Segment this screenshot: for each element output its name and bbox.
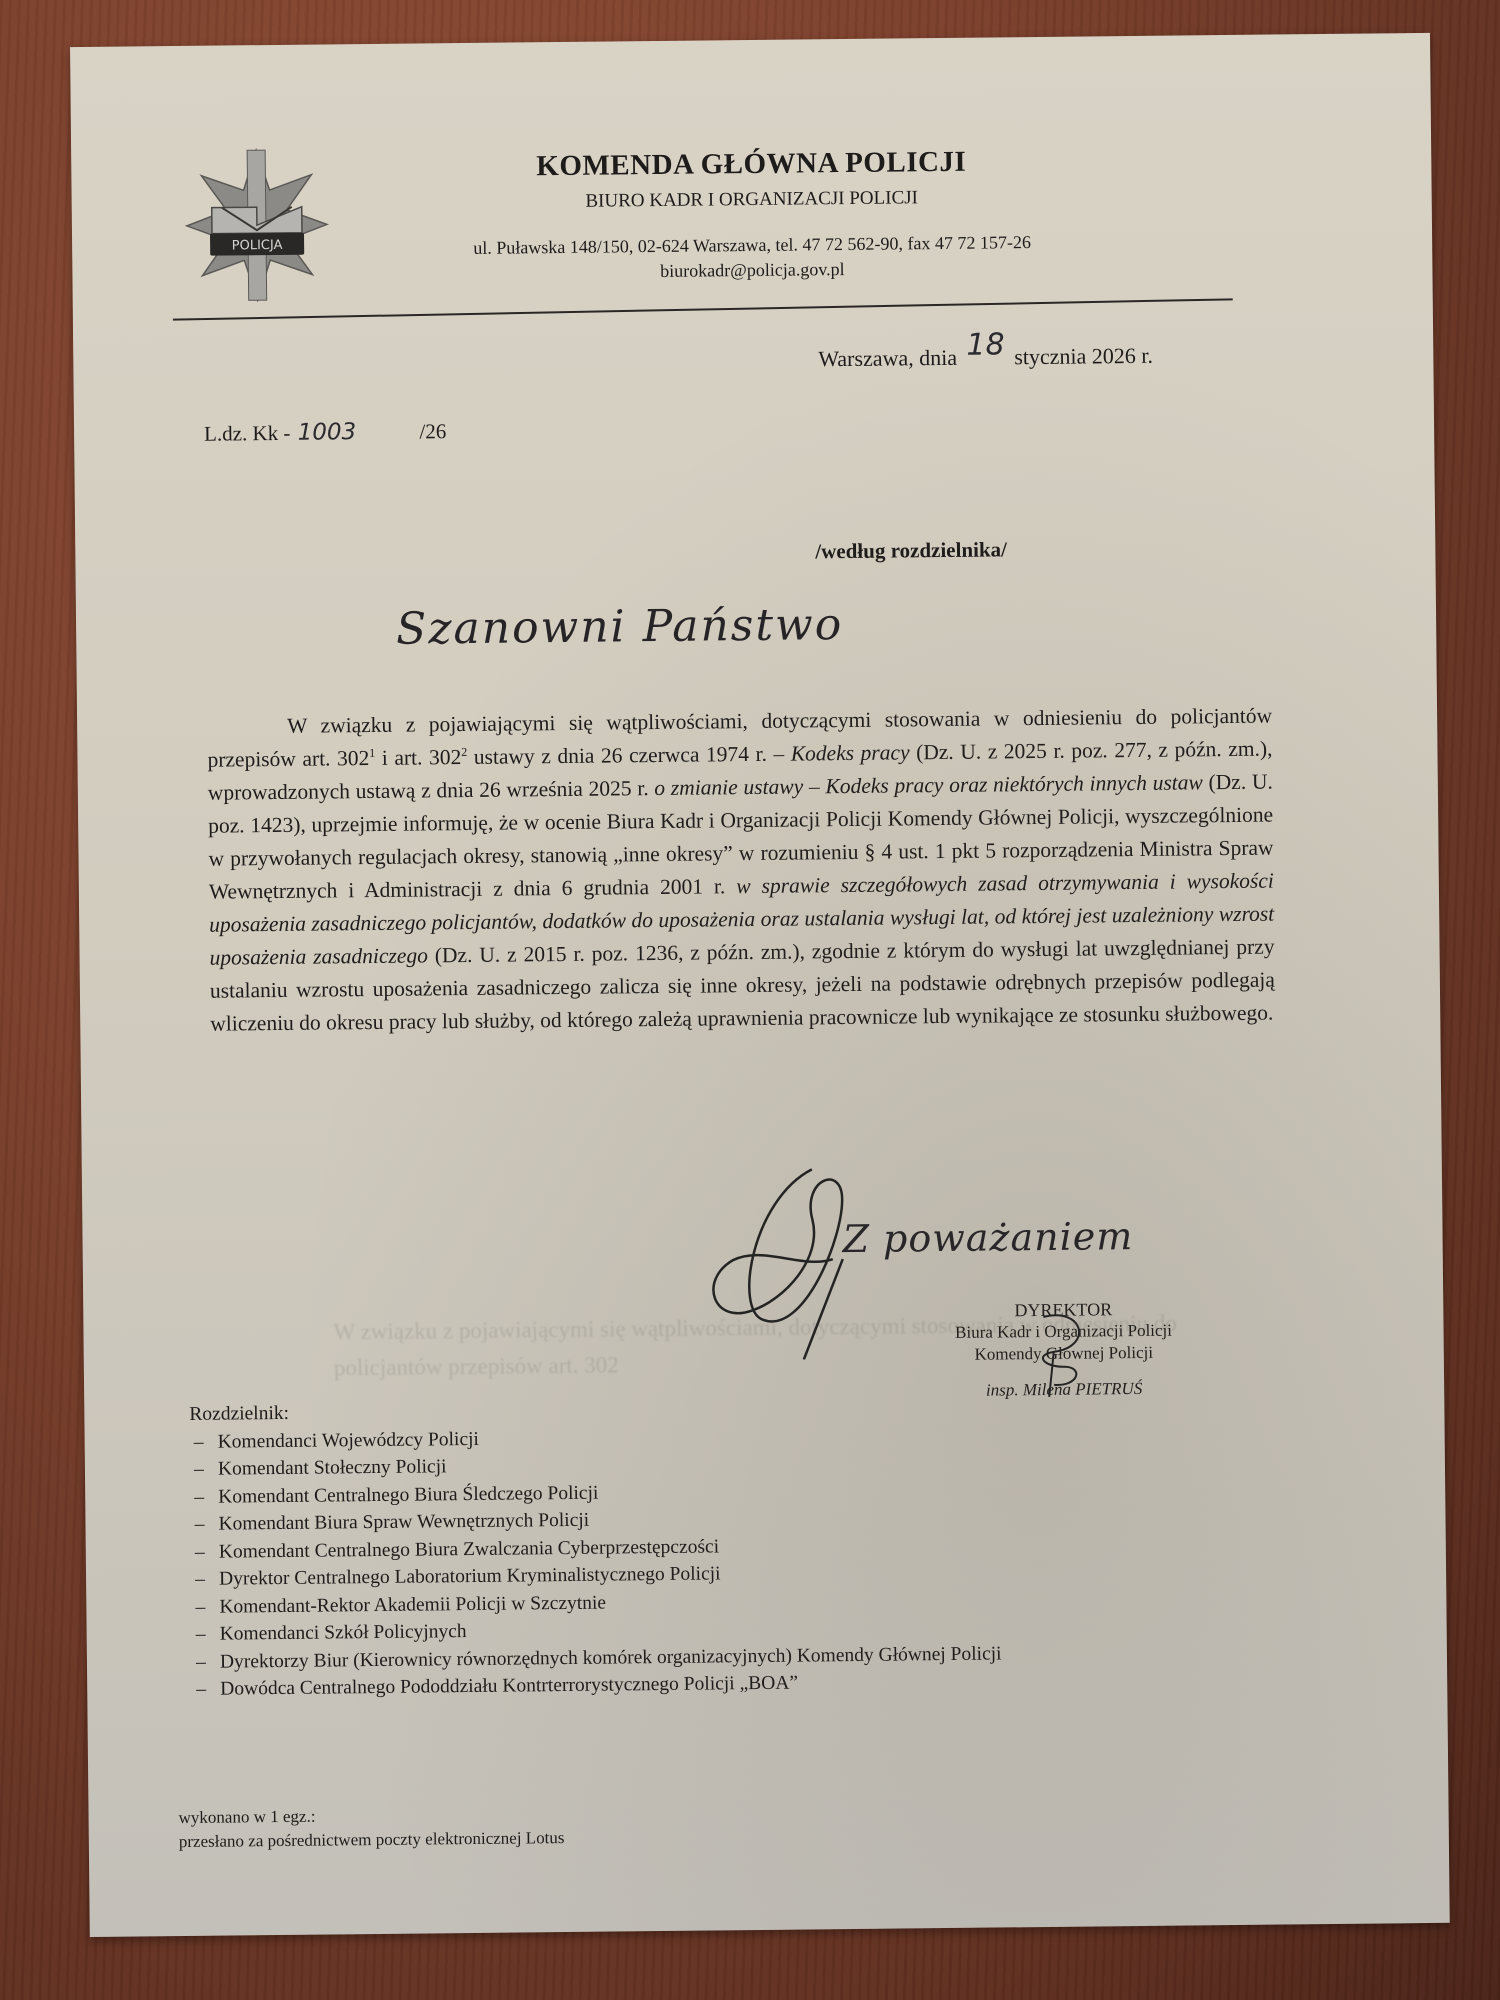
date-prefix: Warszawa, dnia — [818, 345, 957, 371]
list-dash: – — [182, 1648, 220, 1676]
place-and-date: Warszawa, dnia 18 stycznia 2026 r. — [818, 336, 1153, 375]
distribution-items: –Komendanci Wojewódzcy Policji–Komendant… — [180, 1420, 1002, 1704]
reference-suffix: /26 — [419, 419, 446, 443]
body-paragraph: W związku z pojawiającymi się wątpliwośc… — [207, 700, 1275, 1041]
reference-number: L.dz. Kk - 1003 /26 — [204, 418, 446, 447]
closing-handwritten: Z poważaniem — [842, 1214, 1133, 1261]
date-suffix: stycznia 2026 r. — [1014, 343, 1153, 369]
police-star-logo: POLICJA — [181, 144, 333, 306]
list-dash: – — [181, 1593, 219, 1621]
svg-text:POLICJA: POLICJA — [232, 238, 283, 254]
letterhead: KOMENDA GŁÓWNA POLICJI BIURO KADR I ORGA… — [361, 136, 1142, 285]
police-star-icon: POLICJA — [181, 144, 333, 306]
department-name: BIURO KADR I ORGANIZACJI POLICJI — [362, 185, 1142, 215]
distribution-item-label: Komendant Centralnego Biura Śledczego Po… — [218, 1479, 598, 1510]
distribution-list: Rozdzielnik: –Komendanci Wojewódzcy Poli… — [179, 1392, 1002, 1703]
salutation-handwritten: Szanowni Państwo — [396, 599, 844, 655]
list-dash: – — [182, 1621, 220, 1649]
list-dash: – — [181, 1538, 219, 1566]
organization-address: ul. Puławska 148/150, 02-624 Warszawa, t… — [362, 231, 1142, 260]
letter-body: W związku z pojawiającymi się wątpliwośc… — [207, 700, 1275, 1041]
distribution-item-label: Dowódca Centralnego Pododdziału Kontrter… — [220, 1670, 798, 1704]
list-dash: – — [180, 1428, 218, 1456]
list-dash: – — [180, 1456, 218, 1484]
organization-name: KOMENDA GŁÓWNA POLICJI — [361, 144, 1141, 185]
recipient-line: /według rozdzielnika/ — [815, 537, 1007, 564]
list-dash: – — [181, 1566, 219, 1594]
reference-prefix: L.dz. Kk - — [204, 421, 291, 446]
distribution-item-label: Komendanci Wojewódzcy Policji — [218, 1425, 480, 1455]
initials-signature-icon — [1023, 1306, 1104, 1397]
distribution-item-label: Komendant Biura Spraw Wewnętrznych Polic… — [218, 1507, 589, 1538]
list-dash: – — [180, 1483, 218, 1511]
distribution-item-label: Komendant Stołeczny Policji — [218, 1453, 447, 1483]
distribution-item-label: Komendant-Rektor Akademii Policji w Szcz… — [219, 1589, 606, 1621]
organization-email: biurokadr@policja.gov.pl — [362, 256, 1142, 285]
letter-page: POLICJA KOMENDA GŁÓWNA POLICJI BIURO KAD… — [70, 33, 1450, 1937]
list-dash: – — [180, 1511, 218, 1539]
reference-number-handwritten: 1003 — [298, 419, 357, 446]
sent-via-note: przesłano za pośrednictwem poczty elektr… — [179, 1826, 565, 1854]
list-dash: – — [182, 1676, 220, 1704]
footer-notes: wykonano w 1 egz.: przesłano za pośredni… — [178, 1802, 564, 1854]
distribution-item-label: Komendanci Szkół Policyjnych — [220, 1618, 467, 1648]
distribution-item-label: Dyrektor Centralnego Laboratorium Krymin… — [219, 1560, 721, 1593]
date-day-handwritten: 18 — [966, 327, 1005, 362]
